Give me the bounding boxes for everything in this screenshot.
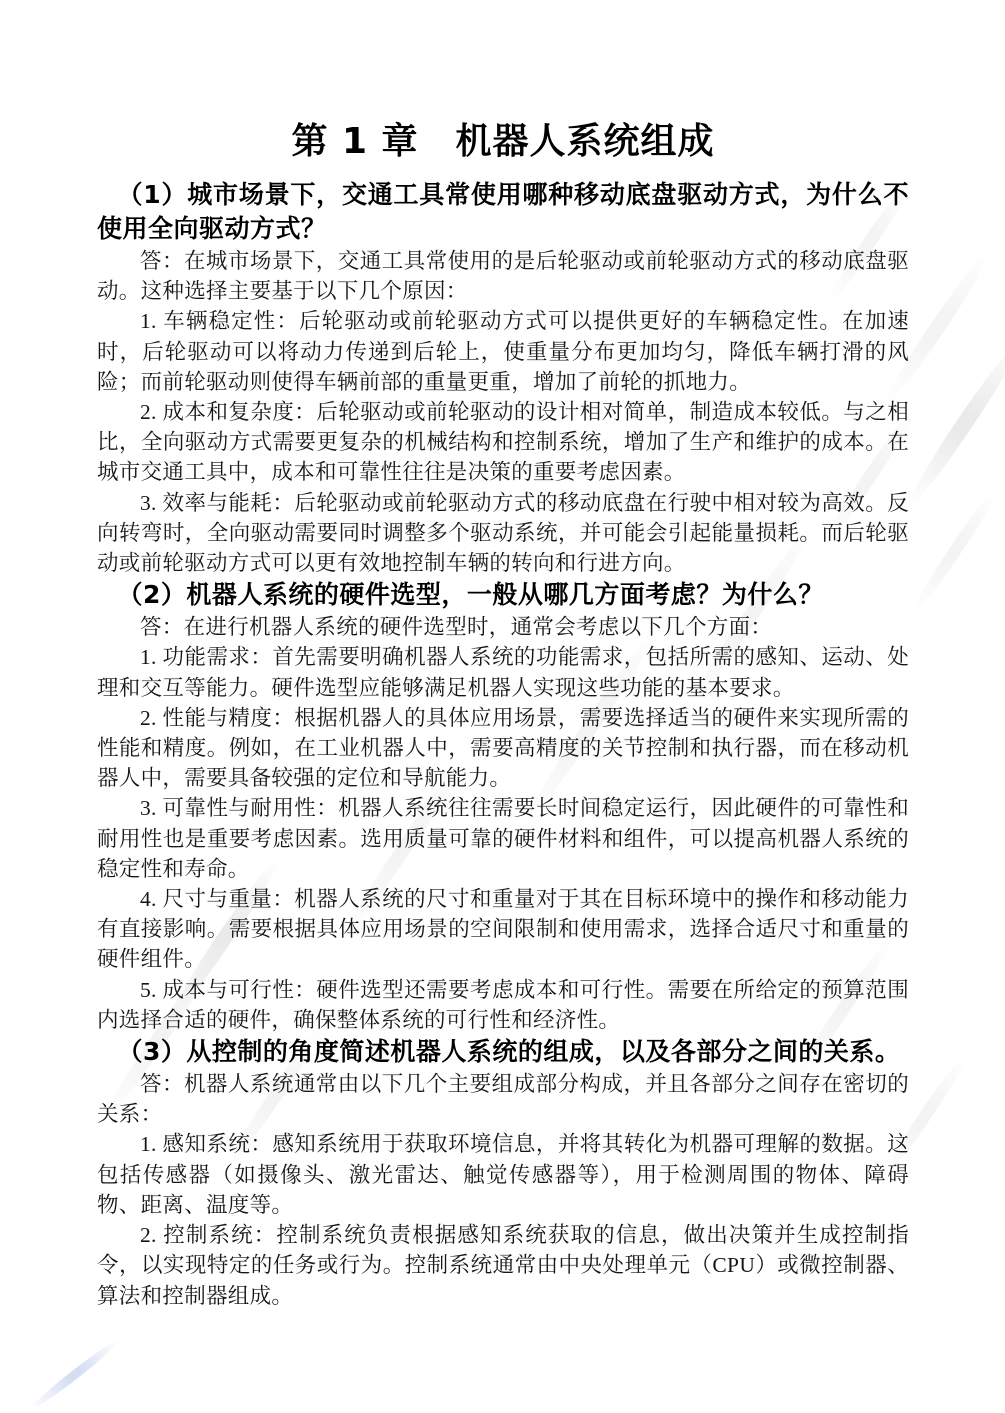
page-content: 第 1 章 机器人系统组成 （1）城市场景下，交通工具常使用哪种移动底盘驱动方式… [97,120,909,1311]
qa-section-1: （1）城市场景下，交通工具常使用哪种移动底盘驱动方式，为什么不使用全向驱动方式？… [97,178,909,578]
qa-section-3: （3）从控制的角度简述机器人系统的组成，以及各部分之间的关系。 答：机器人系统通… [97,1035,909,1311]
answer-paragraph: 2. 性能与精度：根据机器人的具体应用场景，需要选择适当的硬件来实现所需的性能和… [97,703,909,794]
answer-paragraph: 答：在进行机器人系统的硬件选型时，通常会考虑以下几个方面： [97,612,909,642]
document-page: 第 1 章 机器人系统组成 （1）城市场景下，交通工具常使用哪种移动底盘驱动方式… [0,0,1005,1413]
answer-paragraph: 2. 成本和复杂度：后轮驱动或前轮驱动的设计相对简单，制造成本较低。与之相比，全… [97,397,909,488]
answer-paragraph: 答：在城市场景下，交通工具常使用的是后轮驱动或前轮驱动方式的移动底盘驱动。这种选… [97,246,909,306]
qa-section-2: （2）机器人系统的硬件选型，一般从哪几方面考虑？为什么？ 答：在进行机器人系统的… [97,578,909,1035]
question-2-heading: （2）机器人系统的硬件选型，一般从哪几方面考虑？为什么？ [97,578,909,612]
answer-paragraph: 2. 控制系统：控制系统负责根据感知系统获取的信息，做出决策并生成控制指令，以实… [97,1220,909,1311]
watermark-streak [902,336,1005,511]
question-1-heading: （1）城市场景下，交通工具常使用哪种移动底盘驱动方式，为什么不使用全向驱动方式？ [97,178,909,246]
watermark-corner-streak [29,1337,121,1412]
page-title: 第 1 章 机器人系统组成 [97,120,909,164]
question-3-heading: （3）从控制的角度简述机器人系统的组成，以及各部分之间的关系。 [97,1035,909,1069]
answer-paragraph: 1. 车辆稳定性：后轮驱动或前轮驱动方式可以提供更好的车辆稳定性。在加速时，后轮… [97,306,909,397]
answer-paragraph: 3. 可靠性与耐用性：机器人系统往往需要长时间稳定运行，因此硬件的可靠性和耐用性… [97,793,909,884]
answer-paragraph: 3. 效率与能耗：后轮驱动或前轮驱动方式的移动底盘在行驶中相对较为高效。反向转弯… [97,488,909,579]
answer-paragraph: 答：机器人系统通常由以下几个主要组成部分构成，并且各部分之间存在密切的关系： [97,1069,909,1129]
answer-paragraph: 1. 功能需求：首先需要明确机器人系统的功能需求，包括所需的感知、运动、处理和交… [97,642,909,702]
answer-paragraph: 5. 成本与可行性：硬件选型还需要考虑成本和可行性。需要在所给定的预算范围内选择… [97,975,909,1035]
watermark-streak [908,485,1002,616]
answer-paragraph: 1. 感知系统：感知系统用于获取环境信息，并将其转化为机器可理解的数据。这包括传… [97,1129,909,1220]
answer-paragraph: 4. 尺寸与重量：机器人系统的尺寸和重量对于其在目标环境中的操作和移动能力有直接… [97,884,909,975]
